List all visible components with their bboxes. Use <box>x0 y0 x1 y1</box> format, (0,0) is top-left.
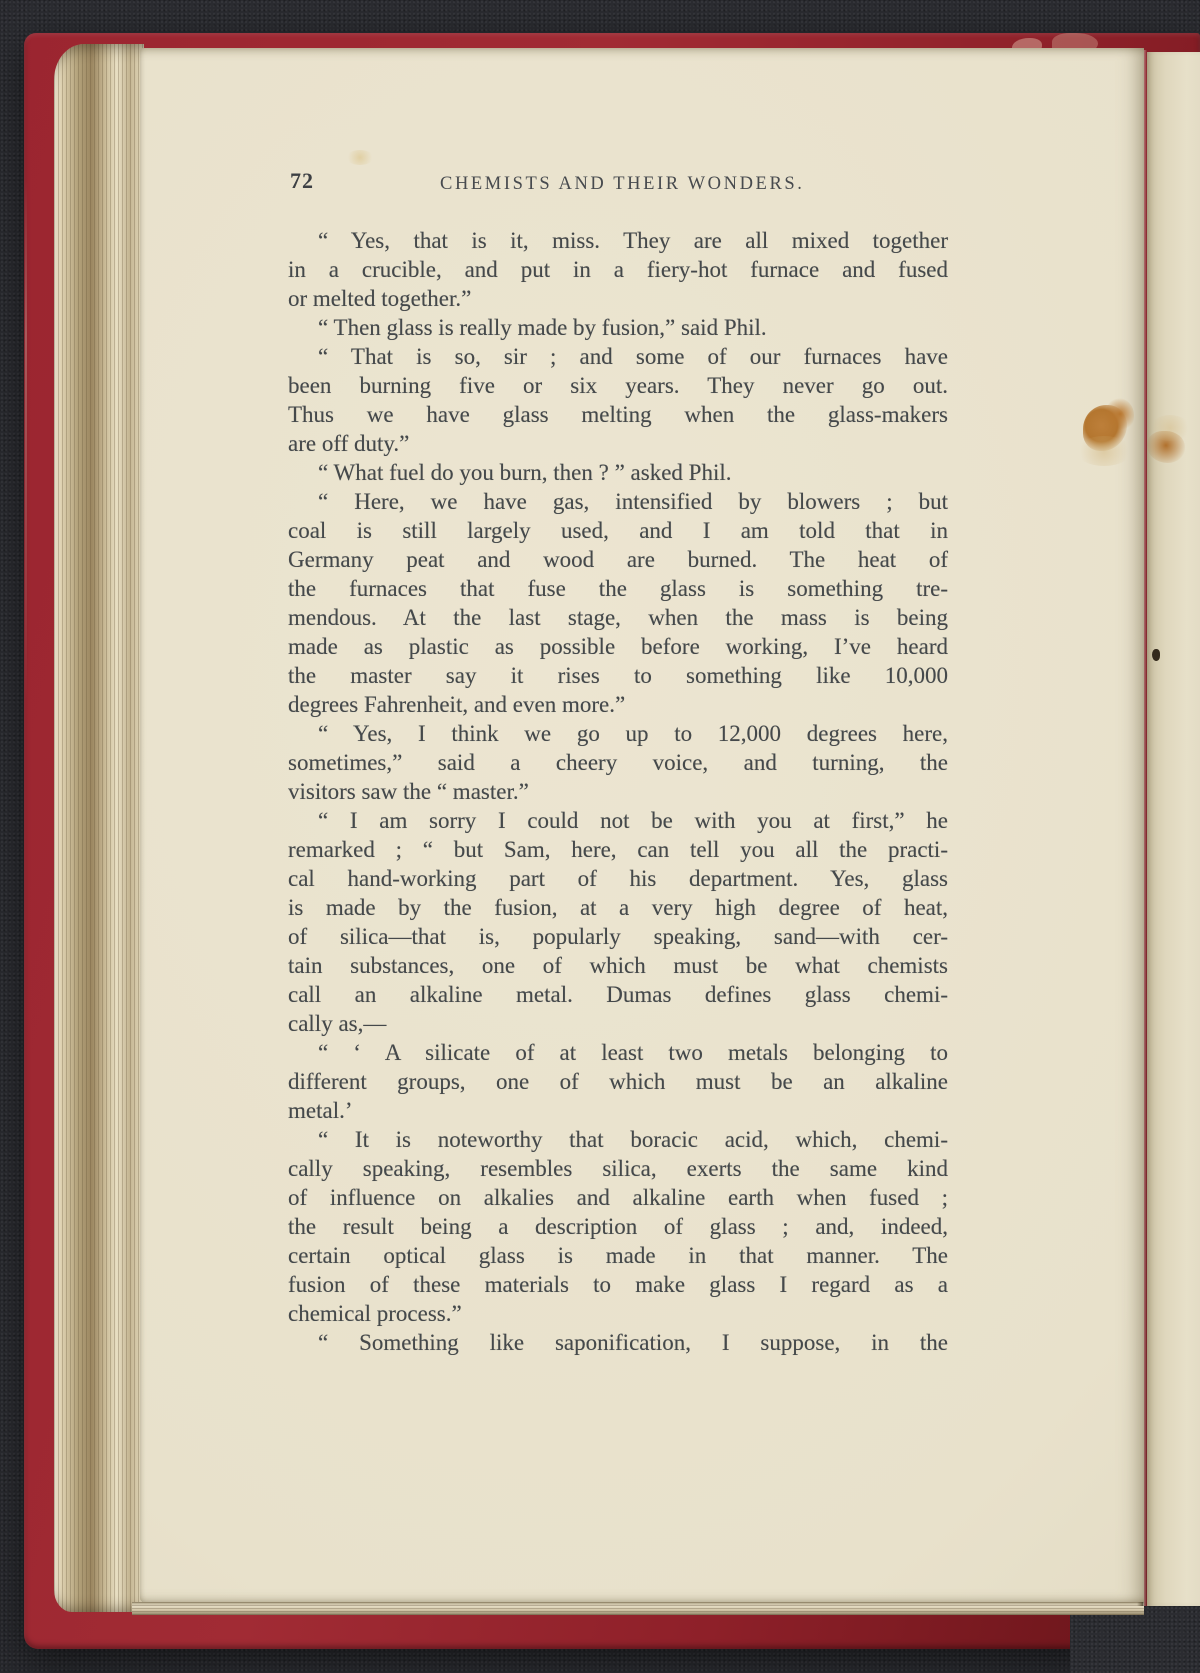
text-line: fusion of these materials to make glass … <box>288 1270 948 1299</box>
text-line: “ Here, we have gas, intensified by blow… <box>288 487 948 516</box>
text-line: certain optical glass is made in that ma… <box>288 1241 948 1270</box>
text-line: the result being a description of glass … <box>288 1212 948 1241</box>
text-line: Germany peat and wood are burned. The he… <box>288 545 948 574</box>
stain-mark <box>1150 415 1190 441</box>
text-line: of influence on alkalies and alkaline ea… <box>288 1183 948 1212</box>
text-line: degrees Fahrenheit, and even more.” <box>288 690 948 719</box>
text-line: cally as,— <box>288 1009 948 1038</box>
text-line: tain substances, one of which must be wh… <box>288 951 948 980</box>
text-line: cally speaking, resembles silica, exerts… <box>288 1154 948 1183</box>
text-line: the master say it rises to something lik… <box>288 661 948 690</box>
text-line: sometimes,” said a cheery voice, and tur… <box>288 748 948 777</box>
page-edges-bottom <box>132 1602 1144 1615</box>
text-line: cal hand-working part of his department.… <box>288 864 948 893</box>
text-line: chemical process.” <box>288 1299 948 1328</box>
text-line: metal.’ <box>288 1096 948 1125</box>
stain-mark <box>1076 436 1132 466</box>
text-line: or melted together.” <box>288 284 948 313</box>
text-line: the furnaces that fuse the glass is some… <box>288 574 948 603</box>
text-line: “ It is noteworthy that boracic acid, wh… <box>288 1125 948 1154</box>
text-line: “ Then glass is really made by fusion,” … <box>288 313 948 342</box>
text-line: “ I am sorry I could not be with you at … <box>288 806 948 835</box>
text-line: call an alkaline metal. Dumas defines gl… <box>288 980 948 1009</box>
text-line: “ Something like saponification, I suppo… <box>288 1328 948 1357</box>
dark-speck <box>1152 649 1160 661</box>
running-header: CHEMISTS AND THEIR WONDERS. <box>440 174 780 195</box>
text-line: are off duty.” <box>288 429 948 458</box>
page-edges-left <box>54 44 144 1612</box>
text-line: different groups, one of which must be a… <box>288 1067 948 1096</box>
text-line: “ What fuel do you burn, then ? ” asked … <box>288 458 948 487</box>
text-line: visitors saw the “ master.” <box>288 777 948 806</box>
cover-scratch-mark <box>25 180 27 700</box>
text-line: Thus we have glass melting when the glas… <box>288 400 948 429</box>
book-page: 72 CHEMISTS AND THEIR WONDERS. “ Yes, th… <box>140 48 1144 1602</box>
text-line: of silica—that is, popularly speaking, s… <box>288 922 948 951</box>
page-fleck <box>346 150 374 165</box>
page-text: “ Yes, that is it, miss. They are all mi… <box>288 226 948 1357</box>
text-line: remarked ; “ but Sam, here, can tell you… <box>288 835 948 864</box>
facing-page-edge <box>1147 52 1200 1606</box>
text-line: made as plastic as possible before worki… <box>288 632 948 661</box>
text-line: “ Yes, I think we go up to 12,000 degree… <box>288 719 948 748</box>
text-line: “ Yes, that is it, miss. They are all mi… <box>288 226 948 255</box>
page-number: 72 <box>290 168 314 194</box>
stain-mark <box>1106 398 1134 430</box>
text-line: been burning five or six years. They nev… <box>288 371 948 400</box>
background-corner <box>1070 1606 1200 1673</box>
text-line: is made by the fusion, at a very high de… <box>288 893 948 922</box>
text-line: “ ‘ A silicate of at least two metals be… <box>288 1038 948 1067</box>
text-line: mendous. At the last stage, when the mas… <box>288 603 948 632</box>
text-line: coal is still largely used, and I am tol… <box>288 516 948 545</box>
text-line: “ That is so, sir ; and some of our furn… <box>288 342 948 371</box>
text-line: in a crucible, and put in a fiery-hot fu… <box>288 255 948 284</box>
